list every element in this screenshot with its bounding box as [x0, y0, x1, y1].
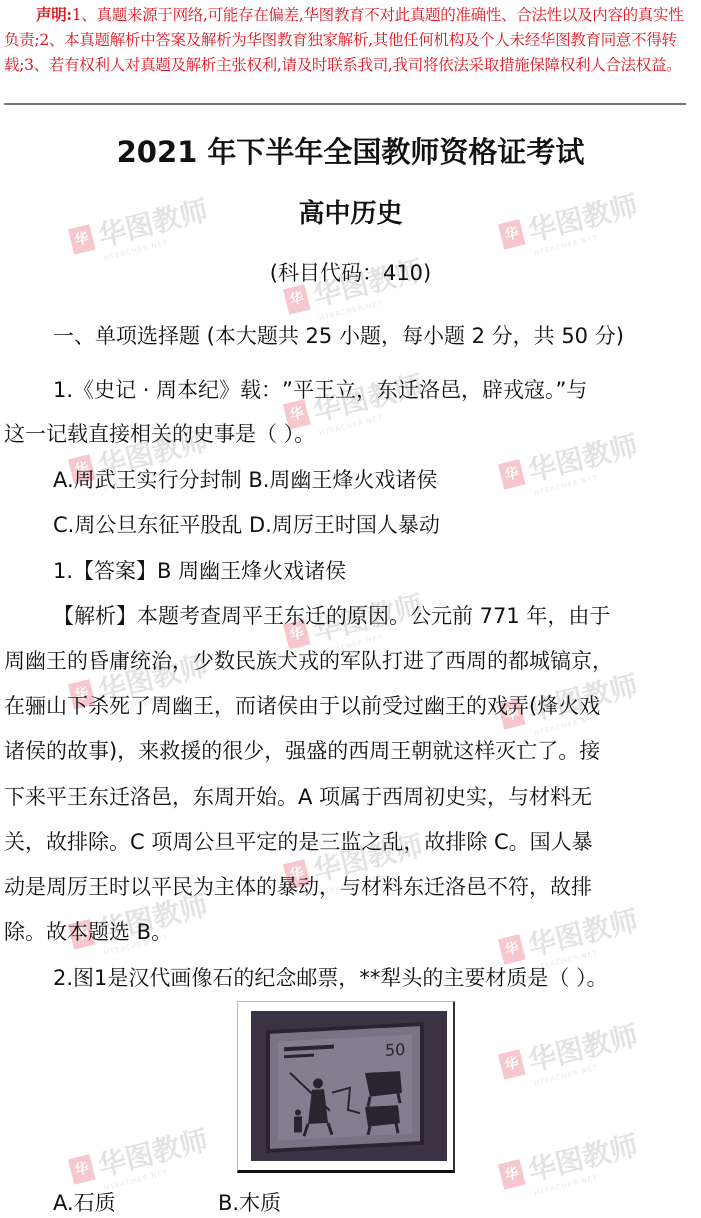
q1-analysis-line: 下来平王东迁洛邑，东周开始。A 项属于西周初史实，与材料无 [4, 781, 592, 811]
plowing-scene-icon: 50 [270, 1026, 420, 1149]
q1-analysis-line: 关，故排除。C 项周公旦平定的是三监之乱，故排除 C。国人暴 [4, 826, 593, 856]
q1-analysis-line: 动是周厉王时以平民为主体的暴动，与材料东迁洛邑不符，故排 [4, 871, 592, 901]
disclaimer-text: 1、真题来源于网络,可能存在偏差,华图教育不对此真题的准确性、合法性以及内容的真… [4, 6, 683, 74]
watermark-logo-icon: 华 [498, 934, 526, 965]
watermark-logo-icon: 华 [283, 284, 311, 315]
q1-analysis-line: 诸侯的故事)，来救援的很少，强盛的西周王朝就这样灭亡了。接 [4, 735, 600, 765]
subject-title: 高中历史 [0, 193, 701, 230]
watermark-logo-icon: 华 [498, 1159, 526, 1190]
watermark-logo-icon: 华 [68, 1154, 96, 1185]
stamp-image: 50 [266, 1022, 424, 1153]
section-heading: 一、单项选择题 (本大题共 25 小题，每小题 2 分，共 50 分) [53, 320, 624, 350]
exam-title: 2021 年下半年全国教师资格证考试 [0, 130, 701, 171]
watermark: 华华图教师HTEACHER.NET [496, 1124, 643, 1204]
q2-option-b: B.木质 [218, 1187, 281, 1217]
q1-options-line2: C.周公旦东征平股乱 D.周厉王时国人暴动 [53, 509, 440, 539]
q2-option-a: A.石质 [53, 1187, 116, 1217]
svg-text:50: 50 [385, 1040, 405, 1060]
divider [4, 103, 686, 105]
watermark: 华华图教师HTEACHER.NET [496, 1014, 643, 1094]
q1-stem-line2: 这一记载直接相关的史事是（ ）。 [4, 418, 315, 448]
q1-options-line1: A.周武王实行分封制 B.周幽王烽火戏诸侯 [53, 464, 437, 494]
subject-code: (科目代码：410) [0, 257, 701, 287]
q1-analysis-line: 【解析】本题考查周平王东迁的原因。公元前 771 年，由于 [53, 600, 610, 630]
q1-stem-line1: 1.《史记 · 周本纪》载：ˮ平王立，东迁洛邑，辟戎寇。”与 [53, 374, 587, 404]
stamp-figure: 50 [237, 1001, 455, 1173]
watermark-logo-icon: 华 [498, 459, 526, 490]
watermark: 华华图教师HTEACHER.NET [496, 424, 643, 504]
q1-analysis-line: 在骊山下杀死了周幽王，而诸侯由于以前受过幽王的戏弄(烽火戏 [4, 690, 600, 720]
q1-analysis-line: 周幽王的昏庸统治，少数民族犬戎的军队打进了西周的都城镐京， [4, 645, 613, 675]
q1-answer: 1.【答案】B 周幽王烽火戏诸侯 [53, 555, 346, 585]
disclaimer-label: 声明: [36, 5, 72, 24]
stamp-photo: 50 [251, 1011, 447, 1161]
watermark-logo-icon: 华 [498, 1049, 526, 1080]
q1-analysis-line: 除。故本题选 B。 [4, 916, 172, 946]
q2-stem: 2.图1是汉代画像石的纪念邮票，**犁头的主要材质是（ ）。 [53, 962, 608, 992]
disclaimer-notice: 声明:1、真题来源于网络,可能存在偏差,华图教育不对此真题的准确性、合法性以及内… [4, 2, 694, 78]
